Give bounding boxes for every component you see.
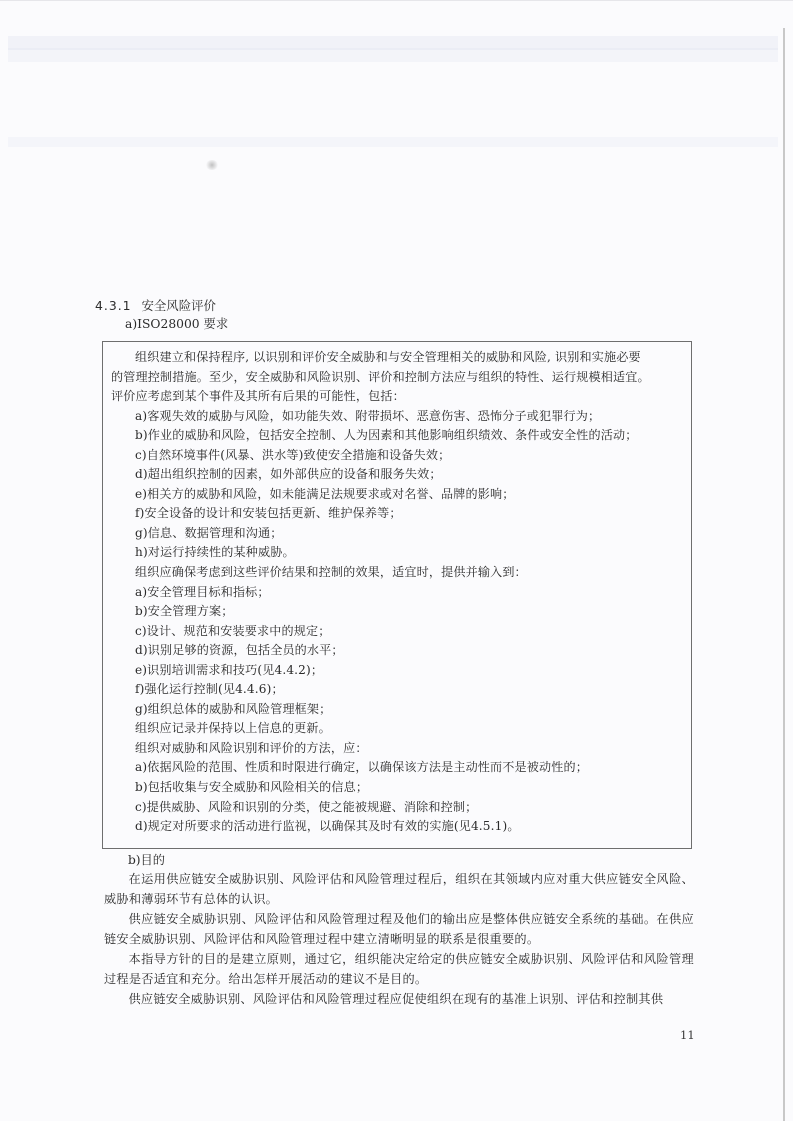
scan-speck bbox=[205, 160, 219, 170]
requirement-line: f)强化运行控制(见4.4.6)； bbox=[103, 680, 691, 700]
requirement-line: a)安全管理目标和指标； bbox=[103, 583, 691, 603]
requirement-line: b)包括收集与安全威胁和风险相关的信息； bbox=[103, 778, 691, 798]
section-heading: 4.3.1安全风险评价 bbox=[95, 296, 216, 315]
purpose-paragraph: 供应链安全威胁识别、风险评估和风险管理过程应促使组织在现有的基准上识别、评估和控… bbox=[104, 990, 694, 1010]
purpose-paragraph: 在运用供应链安全威胁识别、风险评估和风险管理过程后，组织在其领域内应对重大供应链… bbox=[104, 870, 694, 909]
requirement-lines: 组织建立和保持程序, 以识别和评价安全威胁和与安全管理相关的威胁和风险, 识别和… bbox=[103, 348, 691, 837]
requirement-line: e)相关方的威胁和风险，如未能满足法规要求或对名誉、品牌的影响； bbox=[103, 485, 691, 505]
requirement-box: 组织建立和保持程序, 以识别和评价安全威胁和与安全管理相关的威胁和风险, 识别和… bbox=[102, 341, 692, 849]
requirement-line: d)超出组织控制的因素，如外部供应的设备和服务失效； bbox=[103, 465, 691, 485]
requirement-line: 组织对威胁和风险识别和评价的方法，应： bbox=[103, 739, 691, 759]
page-number: 11 bbox=[680, 1027, 695, 1043]
requirement-line: f)安全设备的设计和安装包括更新、维护保养等； bbox=[103, 504, 691, 524]
requirement-line: d)规定对所要求的活动进行监视，以确保其及时有效的实施(见4.5.1)。 bbox=[103, 817, 691, 837]
requirement-line: a)客观失效的威胁与风险，如功能失效、附带损坏、恶意伤害、恐怖分子或犯罪行为； bbox=[103, 407, 691, 427]
requirement-line: 的管理控制措施。至少，安全威胁和风险识别、评价和控制方法应与组织的特性、运行规模… bbox=[103, 368, 691, 388]
requirement-line: c)设计、规范和安装要求中的规定； bbox=[103, 622, 691, 642]
page-top-edge bbox=[0, 0, 793, 1]
requirement-line: h)对运行持续性的某种威胁。 bbox=[103, 543, 691, 563]
purpose-paragraph: 本指导方针的目的是建立原则，通过它，组织能决定给定的供应链安全威胁识别、风险评估… bbox=[104, 950, 694, 989]
requirement-line: a)依据风险的范围、性质和时限进行确定，以确保该方法是主动性而不是被动性的； bbox=[103, 758, 691, 778]
requirement-line: e)识别培训需求和技巧(见4.4.2)； bbox=[103, 661, 691, 681]
section-number: 4.3.1 bbox=[95, 298, 132, 313]
requirement-line: b)安全管理方案； bbox=[103, 602, 691, 622]
requirement-line: 组织建立和保持程序, 以识别和评价安全威胁和与安全管理相关的威胁和风险, 识别和… bbox=[103, 348, 691, 368]
scan-artifact-band bbox=[8, 48, 778, 62]
requirement-line: g)信息、数据管理和沟通； bbox=[103, 524, 691, 544]
requirement-line: d)识别足够的资源，包括全员的水平； bbox=[103, 641, 691, 661]
requirement-line: 评价应考虑到某个事件及其所有后果的可能性，包括： bbox=[103, 387, 691, 407]
requirement-line: c)提供威胁、风险和识别的分类，使之能被规避、消除和控制； bbox=[103, 798, 691, 818]
purpose-paragraph: 供应链安全威胁识别、风险评估和风险管理过程及他们的输出应是整体供应链安全系统的基… bbox=[104, 910, 694, 949]
section-title: 安全风险评价 bbox=[142, 298, 216, 313]
requirement-line: b)作业的威胁和风险，包括安全控制、人为因素和其他影响组织绩效、条件或安全性的活… bbox=[103, 426, 691, 446]
page-right-edge bbox=[783, 28, 785, 1121]
requirement-line: c)自然环境事件(风暴、洪水等)致使安全措施和设备失效； bbox=[103, 446, 691, 466]
subheading-iso-requirements: a)ISO28000 要求 bbox=[125, 315, 228, 334]
requirement-line: 组织应记录并保持以上信息的更新。 bbox=[103, 719, 691, 739]
requirement-line: 组织应确保考虑到这些评价结果和控制的效果，适宜时，提供并输入到： bbox=[103, 563, 691, 583]
scan-artifact-band bbox=[8, 137, 778, 147]
requirement-line: g)组织总体的威胁和风险管理框架； bbox=[103, 700, 691, 720]
subheading-purpose: b)目的 bbox=[128, 851, 165, 870]
